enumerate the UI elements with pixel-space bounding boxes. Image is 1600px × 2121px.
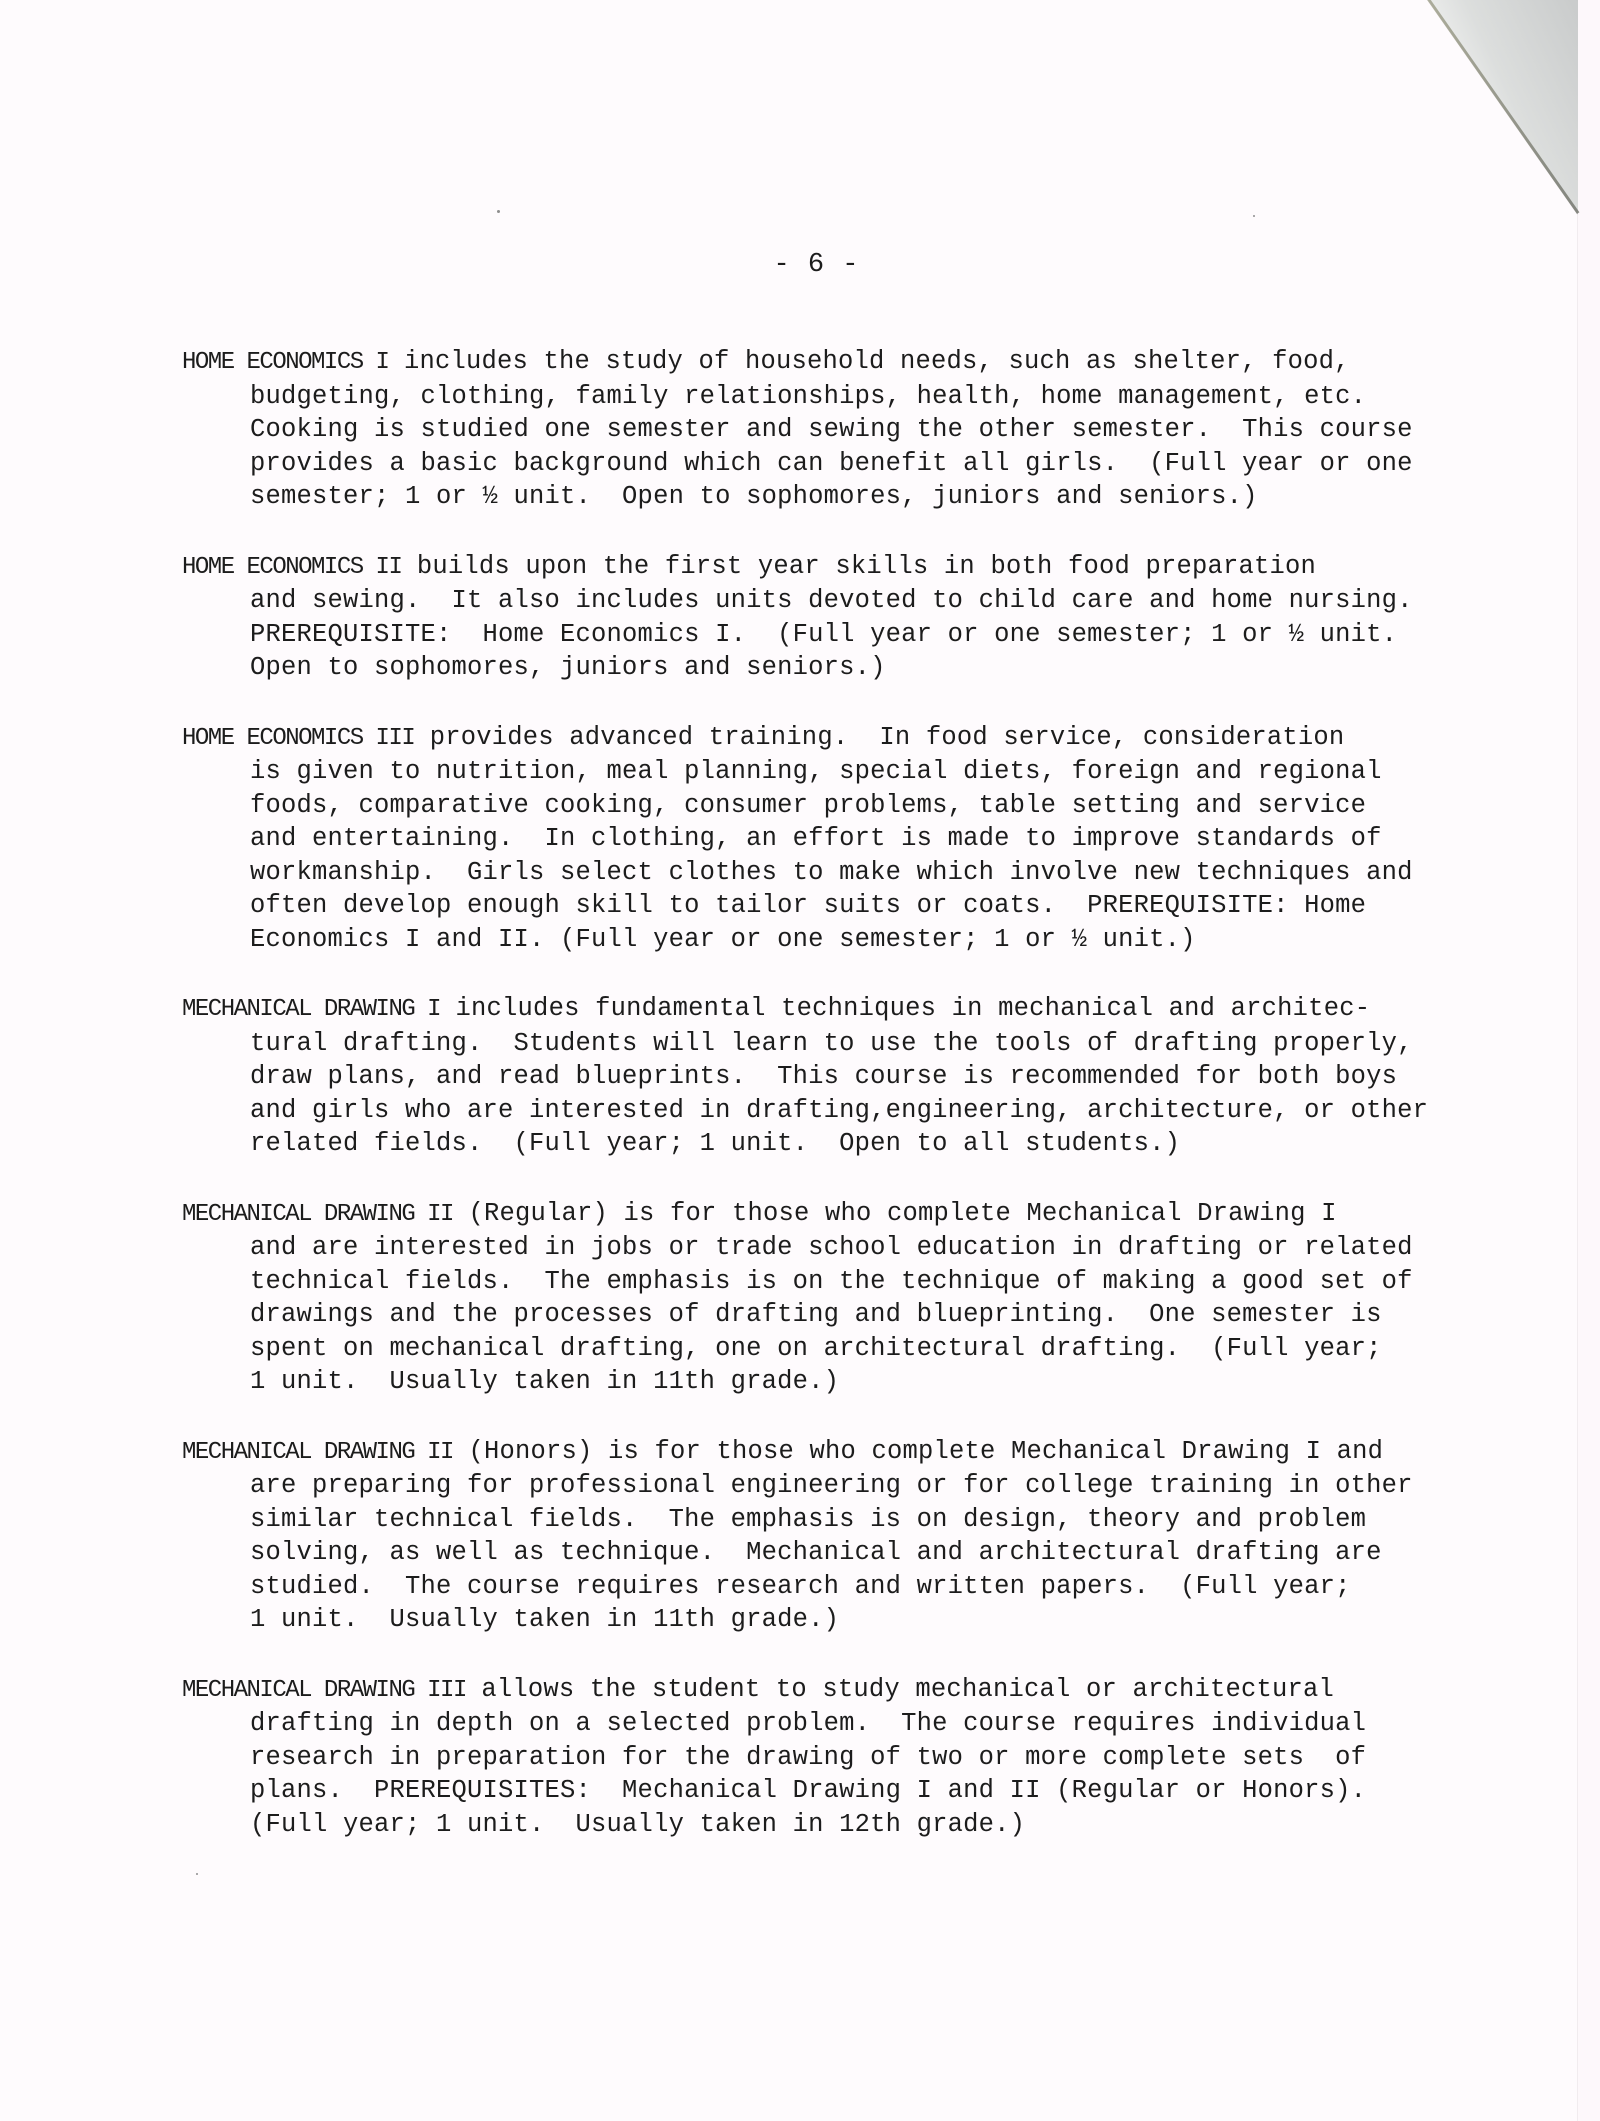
course-text: Economics I and II. (Full year or one se… <box>250 923 1562 957</box>
course-text: semester; 1 or ½ unit. Open to sophomore… <box>250 480 1562 514</box>
course-text: draw plans, and read blueprints. This co… <box>250 1060 1562 1094</box>
course-text: 1 unit. Usually taken in 11th grade.) <box>250 1603 1562 1637</box>
course-text: provides a basic background which can be… <box>250 447 1562 481</box>
course-text: related fields. (Full year; 1 unit. Open… <box>250 1127 1562 1161</box>
course-mechanical-drawing-1: MECHANICAL DRAWING I includes fundamenta… <box>182 992 1562 1161</box>
course-text: is given to nutrition, meal planning, sp… <box>250 755 1562 789</box>
course-text: builds upon the first year skills in bot… <box>401 552 1316 581</box>
course-mechanical-drawing-2-honors: MECHANICAL DRAWING II (Honors) is for th… <box>182 1435 1562 1637</box>
course-text: technical fields. The emphasis is on the… <box>250 1265 1562 1299</box>
course-text: often develop enough skill to tailor sui… <box>250 889 1562 923</box>
course-text: budgeting, clothing, family relationship… <box>250 380 1562 414</box>
course-text: are preparing for professional engineeri… <box>250 1469 1562 1503</box>
page-number: - 6 - <box>0 250 1600 280</box>
course-text: includes the study of household needs, s… <box>388 347 1349 376</box>
course-text: (Full year; 1 unit. Usually taken in 12t… <box>250 1808 1562 1842</box>
course-title: MECHANICAL DRAWING I <box>182 996 440 1023</box>
course-text: (Honors) is for those who complete Mecha… <box>453 1437 1383 1466</box>
course-mechanical-drawing-2-regular: MECHANICAL DRAWING II (Regular) is for t… <box>182 1197 1562 1399</box>
course-title: HOME ECONOMICS I <box>182 349 388 376</box>
course-text: spent on mechanical drafting, one on arc… <box>250 1332 1562 1366</box>
course-text: solving, as well as technique. Mechanica… <box>250 1536 1562 1570</box>
course-text: and are interested in jobs or trade scho… <box>250 1231 1562 1265</box>
paper-speck <box>497 210 500 213</box>
course-mechanical-drawing-3: MECHANICAL DRAWING III allows the studen… <box>182 1673 1562 1842</box>
course-text: Cooking is studied one semester and sewi… <box>250 413 1562 447</box>
course-title: MECHANICAL DRAWING III <box>182 1677 466 1704</box>
page-edge-strip <box>1577 0 1600 2121</box>
course-text: Open to sophomores, juniors and seniors.… <box>250 651 1562 685</box>
course-text: PREREQUISITE: Home Economics I. (Full ye… <box>250 618 1562 652</box>
course-text: drawings and the processes of drafting a… <box>250 1298 1562 1332</box>
course-title: HOME ECONOMICS III <box>182 725 414 752</box>
course-title: HOME ECONOMICS II <box>182 554 401 581</box>
course-text: tural drafting. Students will learn to u… <box>250 1027 1562 1061</box>
course-home-economics-3: HOME ECONOMICS III provides advanced tra… <box>182 721 1562 957</box>
course-text: and sewing. It also includes units devot… <box>250 584 1562 618</box>
paper-speck <box>1253 215 1255 217</box>
course-text: studied. The course requires research an… <box>250 1570 1562 1604</box>
course-home-economics-1: HOME ECONOMICS I includes the study of h… <box>182 345 1562 514</box>
course-text: allows the student to study mechanical o… <box>466 1675 1334 1704</box>
course-text: workmanship. Girls select clothes to mak… <box>250 856 1562 890</box>
course-descriptions: HOME ECONOMICS I includes the study of h… <box>182 345 1562 1877</box>
course-text: similar technical fields. The emphasis i… <box>250 1503 1562 1537</box>
course-text: and entertaining. In clothing, an effort… <box>250 822 1562 856</box>
course-title: MECHANICAL DRAWING II <box>182 1439 453 1466</box>
course-text: plans. PREREQUISITES: Mechanical Drawing… <box>250 1774 1562 1808</box>
course-text: research in preparation for the drawing … <box>250 1741 1562 1775</box>
course-text: and girls who are interested in drafting… <box>250 1094 1562 1128</box>
course-text: provides advanced training. In food serv… <box>414 723 1344 752</box>
course-text: foods, comparative cooking, consumer pro… <box>250 789 1562 823</box>
course-text: 1 unit. Usually taken in 11th grade.) <box>250 1365 1562 1399</box>
course-title: MECHANICAL DRAWING II <box>182 1201 453 1228</box>
course-text: includes fundamental techniques in mecha… <box>440 994 1370 1023</box>
course-home-economics-2: HOME ECONOMICS II builds upon the first … <box>182 550 1562 685</box>
course-text: drafting in depth on a selected problem.… <box>250 1707 1562 1741</box>
course-text: (Regular) is for those who complete Mech… <box>453 1199 1337 1228</box>
